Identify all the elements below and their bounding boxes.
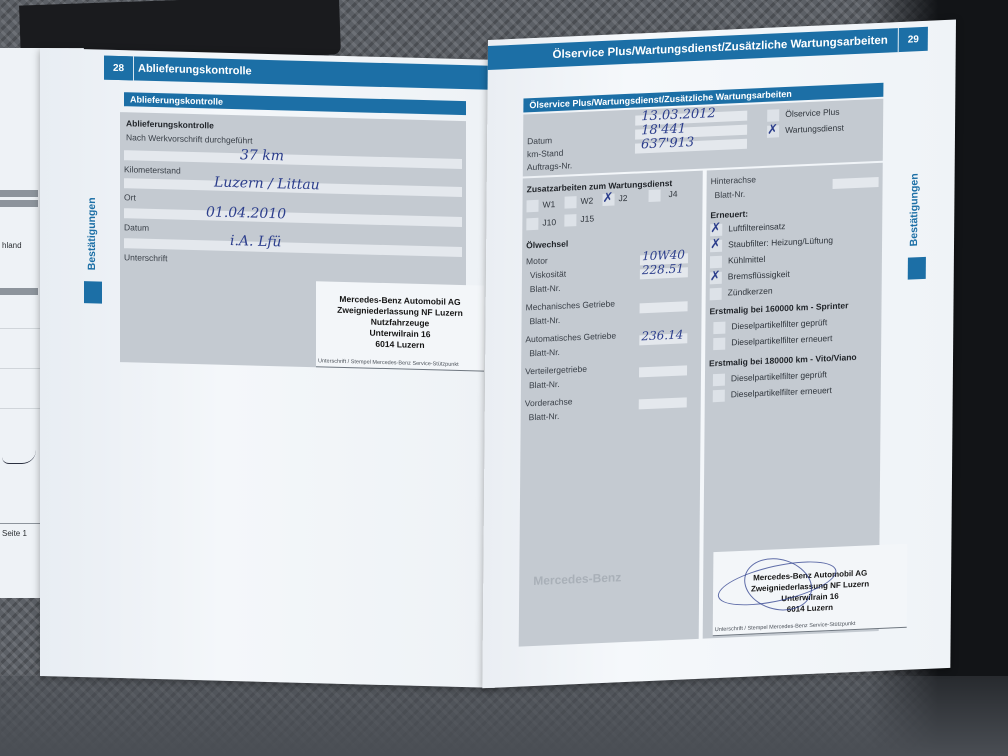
j15-checkbox[interactable]: [564, 214, 576, 227]
verteiler-blatt-label: Blatt-Nr.: [529, 379, 560, 390]
mech-getriebe-label: Mechanisches Getriebe: [526, 298, 615, 312]
signature-mark: [2, 450, 36, 464]
page-number: 29: [898, 27, 928, 52]
sprinter-geprueft-label: Dieselpartikelfilter geprüft: [731, 317, 827, 331]
divider: [0, 408, 40, 409]
page-header: Ölservice Plus/Wartungsdienst/Zusätzlich…: [488, 28, 898, 70]
dealer-stamp: Mercedes-Benz Automobil AG Zweigniederla…: [713, 544, 908, 637]
zuendkerzen-label: Zündkerzen: [728, 286, 773, 298]
form-box: Ablieferungskontrolle Nach Werkvorschrif…: [120, 112, 466, 371]
km-label: Kilometerstand: [124, 164, 181, 175]
wartungsdienst-checkbox[interactable]: [767, 125, 779, 138]
sprinter-erneuert-label: Dieselpartikelfilter erneuert: [731, 333, 832, 347]
hinterachse-blatt-label: Blatt-Nr.: [715, 189, 746, 200]
ort-label: Ort: [124, 192, 136, 202]
auftrag-handwritten: 637'913: [641, 135, 694, 152]
motor-label: Motor: [526, 255, 548, 266]
w2-checkbox[interactable]: [564, 196, 576, 209]
erneuert-column: Hinterachse Blatt-Nr. Erneuert: Luftfilt…: [703, 163, 883, 639]
vito-geprueft-checkbox[interactable]: [713, 374, 725, 387]
j10-checkbox[interactable]: [526, 218, 538, 231]
wartungsdienst-label: Wartungsdienst: [785, 122, 844, 135]
datum-handwritten: 01.04.2010: [206, 204, 286, 222]
oelwechsel-title: Ölwechsel: [526, 239, 568, 251]
form-subtitle: Ablieferungskontrolle: [126, 118, 214, 130]
j2-label: J2: [619, 193, 628, 203]
divider: [0, 200, 38, 207]
divider: [0, 368, 40, 369]
page-number: 28: [104, 56, 134, 81]
paper-fragment-text: hland: [2, 241, 22, 250]
mech-blatt-field[interactable]: [640, 301, 688, 313]
w1-checkbox[interactable]: [526, 200, 538, 213]
watermark: Mercedes-Benz: [533, 570, 621, 588]
header-title: Ölservice Plus/Wartungsdienst/Zusätzlich…: [553, 35, 888, 62]
oelwechsel-column: Zusatzarbeiten zum Wartungsdienst W1 W2 …: [519, 171, 703, 647]
j10-label: J10: [542, 217, 556, 228]
zuendkerzen-checkbox[interactable]: [710, 288, 722, 301]
form-note: Nach Werkvorschrift durchgeführt: [126, 132, 252, 145]
unterschrift-field[interactable]: [124, 238, 462, 257]
dealer-stamp: Mercedes-Benz Automobil AG Zweigniederla…: [316, 281, 484, 371]
header-title: Ablieferungskontrolle: [138, 63, 252, 78]
ort-handwritten: Luzern / Littau: [214, 175, 320, 194]
stamp-text: Mercedes-Benz Automobil AG Zweigniederla…: [316, 293, 484, 352]
blatt-handwritten: 228.51: [642, 261, 684, 277]
divider: [0, 288, 38, 295]
stamp-caption: Unterschrift / Stempel Mercedes-Benz Ser…: [318, 358, 459, 368]
page-header: Ablieferungskontrolle: [104, 56, 495, 90]
vorderachse-label: Vorderachse: [525, 396, 573, 408]
vorderachse-blatt-field[interactable]: [639, 397, 687, 409]
j15-label: J15: [580, 213, 594, 224]
oelservice-plus-label: Ölservice Plus: [785, 107, 839, 119]
verteiler-label: Verteilergetriebe: [525, 364, 587, 377]
side-tab-label: Bestätigungen: [86, 197, 104, 270]
side-tab-marker: [84, 281, 102, 303]
divider: [0, 523, 40, 524]
unterschrift-handwritten: i.A. Lfü: [230, 233, 281, 250]
j4-checkbox[interactable]: [649, 189, 661, 202]
sprinter-erneuert-checkbox[interactable]: [713, 338, 725, 351]
booklet-page-left: Ablieferungskontrolle 28 Bestätigungen A…: [40, 48, 495, 688]
vorderachse-blatt-label: Blatt-Nr.: [529, 411, 560, 422]
seat-fabric: [0, 676, 1008, 756]
kuehlmittel-label: Kühlmittel: [728, 254, 765, 266]
side-tab-label: Bestätigungen: [908, 173, 927, 247]
luftfilter-checkbox[interactable]: [710, 224, 722, 237]
km-handwritten: 37 km: [240, 147, 284, 164]
vito-erneuert-label: Dieselpartikelfilter erneuert: [731, 385, 832, 399]
w1-label: W1: [542, 199, 555, 210]
booklet-page-right: Ölservice Plus/Wartungsdienst/Zusätzlich…: [482, 20, 956, 689]
j4-label: J4: [669, 189, 678, 199]
erneuert-title: Erneuert:: [710, 209, 748, 221]
sprinter-geprueft-checkbox[interactable]: [713, 322, 725, 335]
divider: [0, 328, 40, 329]
section-title: Ablieferungskontrolle: [124, 92, 466, 115]
datum-label: Datum: [124, 222, 149, 233]
kuehlmittel-checkbox[interactable]: [710, 256, 722, 269]
hinterachse-blatt-field[interactable]: [833, 177, 879, 189]
w2-label: W2: [581, 195, 594, 206]
stamp-caption: Unterschrift / Stempel Mercedes-Benz Ser…: [715, 621, 856, 633]
side-tab-marker: [908, 257, 926, 280]
staubfilter-checkbox[interactable]: [710, 240, 722, 253]
datum-field[interactable]: [124, 208, 462, 227]
staubfilter-label: Staubfilter: Heizung/Lüftung: [728, 235, 833, 250]
oelservice-plus-checkbox[interactable]: [767, 109, 779, 122]
page-footer: Seite 1: [2, 529, 27, 538]
viskositaet-label: Viskosität: [530, 269, 566, 281]
mech-blatt-label: Blatt-Nr.: [529, 315, 560, 326]
auto-getriebe-label: Automatisches Getriebe: [525, 330, 616, 344]
auftrag-label: Auftrags-Nr.: [527, 160, 572, 172]
hinterachse-label: Hinterachse: [711, 174, 756, 186]
vito-title: Erstmalig bei 180000 km - Vito/Viano: [709, 352, 857, 368]
auto-blatt-handwritten: 236.14: [641, 327, 683, 343]
bremsfluessigkeit-checkbox[interactable]: [710, 272, 722, 285]
auto-blatt-label: Blatt-Nr.: [529, 347, 560, 358]
km-label: km-Stand: [527, 148, 563, 160]
luftfilter-label: Luftfiltereinsatz: [728, 221, 785, 234]
vito-geprueft-label: Dieselpartikelfilter geprüft: [731, 369, 827, 383]
sprinter-title: Erstmalig bei 160000 km - Sprinter: [709, 300, 848, 316]
vito-erneuert-checkbox[interactable]: [713, 390, 725, 403]
unterschrift-label: Unterschrift: [124, 252, 167, 263]
datum-label: Datum: [527, 135, 552, 146]
j2-checkbox[interactable]: [603, 193, 615, 206]
blatt-label: Blatt-Nr.: [530, 283, 561, 294]
bremsfluessigkeit-label: Bremsflüssigkeit: [728, 269, 790, 282]
verteiler-blatt-field[interactable]: [639, 365, 687, 377]
divider: [0, 190, 38, 197]
